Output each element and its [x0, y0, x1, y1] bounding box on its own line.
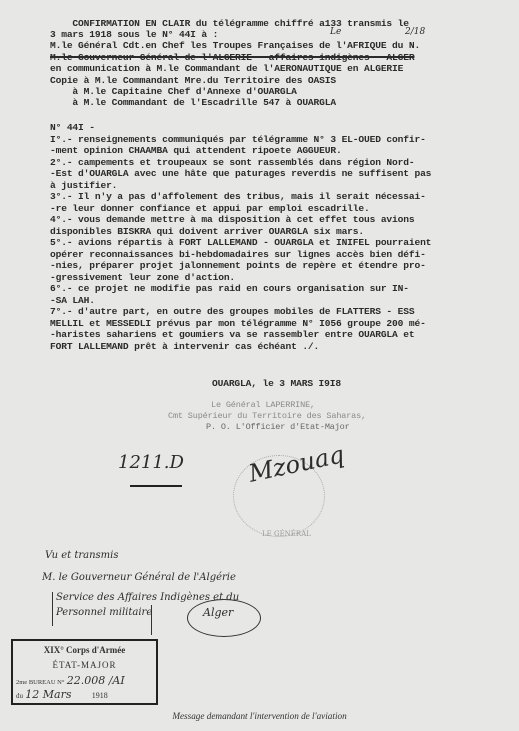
- body-line: 4°.- vous demande mettre à ma dispositio…: [50, 214, 414, 226]
- body-line: 3°.- Il n'y a pas d'affolement des tribu…: [50, 191, 426, 203]
- header-line-6: Copie à M.le Commandant Mre.du Territoir…: [50, 75, 336, 87]
- note-line-1: Vu et transmis: [45, 550, 118, 561]
- body-line: 2°.- campements et troupeaux se sont ras…: [50, 157, 414, 169]
- body-line: 7°.- d'autre part, en outre des groupes …: [50, 306, 414, 318]
- body-line: -nies, préparer projet jalonnement point…: [50, 260, 426, 272]
- body-line: 6°.- ce projet ne modifie pas raid en co…: [50, 283, 409, 295]
- body-line: -re leur donner confiance et appui par e…: [50, 203, 370, 215]
- stamp-year: 1918: [92, 691, 108, 700]
- body-line: -SA LAH.: [50, 295, 95, 307]
- body-line: -Est d'OUARGLA avec une hâte que paturag…: [50, 168, 431, 180]
- document-page: CONFIRMATION EN CLAIR du télégramme chif…: [0, 0, 519, 731]
- header-line-1: CONFIRMATION EN CLAIR du télégramme chif…: [50, 18, 409, 30]
- body-line: -gressivement leur zone d'action.: [50, 272, 235, 284]
- header-line-5: en communication à M.le Commandant de l'…: [50, 63, 403, 75]
- stamp-registry-number: 22.008 /AI: [67, 674, 125, 687]
- body-line: à justifier.: [50, 180, 117, 192]
- corps-stamp: XIX° Corps d'Armée ÉTAT-MAJOR 2me BUREAU…: [11, 639, 158, 705]
- stamp-date-value: 12 Mars: [25, 688, 71, 701]
- note-line-2: M. le Gouverneur Général de l'Algérie: [42, 572, 236, 583]
- body-line: -ment opinion CHAAMBA qui attendent ripo…: [50, 145, 342, 157]
- reference-underline: [130, 485, 182, 487]
- alger-oval: [187, 599, 261, 637]
- body-line: FORT LALLEMAND prêt à intervenir cas éch…: [50, 341, 319, 353]
- body-line: I°.- renseignements communiqués par télé…: [50, 134, 426, 146]
- signature-line-2: Cmt Supérieur du Territoire des Saharas,: [168, 411, 366, 423]
- stamp-line-1: XIX° Corps d'Armée: [13, 645, 156, 655]
- signature-line-3: P. O. L'Officier d'Etat-Major: [206, 422, 350, 434]
- header-line-7: à M.le Capitaine Chef d'Annexe d'OUARGLA: [50, 86, 297, 98]
- figure-caption: Message demandant l'intervention de l'av…: [0, 711, 519, 721]
- stamp-bureau-label: 2me BUREAU N°: [16, 679, 64, 686]
- annotation-date: 2/18: [405, 27, 425, 37]
- header-line-8: à M.le Commandant de l'Escadrille 547 à …: [50, 97, 336, 109]
- signature-line-1: Le Général LAPERRINE,: [211, 400, 315, 412]
- note-bracket-right: [151, 605, 152, 635]
- note-bracket-left: [52, 592, 53, 626]
- annotation-le: Le: [330, 27, 341, 37]
- place-date: OUARGLA, le 3 MARS I9I8: [212, 378, 341, 390]
- body-line: 5°.- avions répartis à FORT LALLEMAND - …: [50, 237, 431, 249]
- header-line-4-struck: M.le Gouverneur Général de l'ALGERIE - a…: [50, 52, 414, 64]
- body-line: -haristes sahariens et goumiers va se ra…: [50, 329, 414, 341]
- body-line: MELLIL et MESSEDLI prévus par mon télégr…: [50, 318, 426, 330]
- header-line-2: 3 mars 1918 sous le N° 44I à :: [50, 29, 218, 41]
- body-line: opérer reconnaissances bi-hebdomadaires …: [50, 249, 426, 261]
- body-line: N° 44I -: [50, 122, 95, 134]
- stamp-date-label: du: [16, 692, 23, 700]
- handwritten-reference-number: 1211.D: [118, 452, 184, 473]
- header-line-3: M.le Général Cdt.en Chef les Troupes Fra…: [50, 40, 420, 52]
- body-line: disponibles BISKRA qui doivent arriver O…: [50, 226, 364, 238]
- stamp-line-2: ÉTAT-MAJOR: [13, 660, 156, 670]
- round-stamp-text: LE GÉNÉRAL: [262, 530, 311, 538]
- note-line-4: Personnel militaire: [56, 607, 152, 618]
